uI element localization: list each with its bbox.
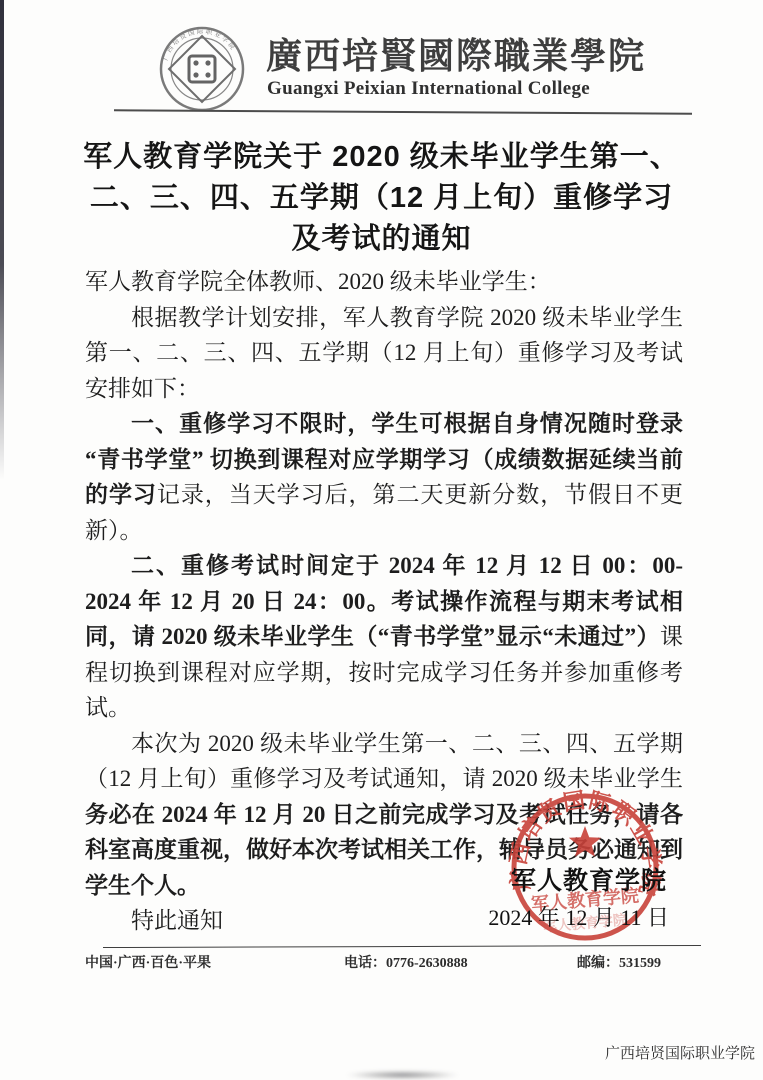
footer-postal: 邮编：531599 <box>577 952 661 972</box>
title-line-2: 二、三、四、五学期（12 月上旬）重修学习 <box>60 178 703 219</box>
corner-watermark: 广西培贤国际职业学院 <box>605 1042 755 1063</box>
scan-smudge <box>345 1071 460 1079</box>
paragraph-intro: 根据教学计划安排，军人教育学院 2020 级未毕业学生第一、二、三、四、五学期（… <box>85 300 683 407</box>
seal-star-icon <box>569 826 601 857</box>
footer-phone: 电话：0776-2630888 <box>344 952 468 972</box>
footer-address: 中国·广西·百色·平果 <box>85 952 211 972</box>
college-logo-icon: 广西培贤国际职业学院 <box>155 24 249 114</box>
scan-edge-shadow <box>0 0 4 480</box>
salutation: 军人教育学院全体教师、2020 级未毕业学生： <box>85 264 683 300</box>
item1-rest-text: 记录，当天学习后，第二天更新分数，节假日不更新）。 <box>85 482 683 543</box>
paragraph-item2: 二、重修考试时间定于 2024 年 12 月 12 日 00：00-2024 年… <box>85 548 683 726</box>
item2-bold-text: 二、重修考试时间定于 2024 年 12 月 12 日 00：00-2024 年… <box>85 553 683 649</box>
paragraph-item1: 一、重修学习不限时，学生可根据自身情况随时登录 “青书学堂” 切换到课程对应学期… <box>85 406 683 548</box>
college-name-zh: 廣西培賢國際職業學院 <box>266 28 646 79</box>
notice-title: 军人教育学院关于 2020 级未毕业学生第一、 二、三、四、五学期（12 月上旬… <box>60 137 703 260</box>
logo-diamond <box>169 36 235 102</box>
title-line-1: 军人教育学院关于 2020 级未毕业学生第一、 <box>60 137 703 178</box>
scanned-notice-page: 广西培贤国际职业学院 廣西培賢國際職業學院 Guangxi Peixian In… <box>0 0 763 1080</box>
signature-name: 军人教育学院 <box>511 861 667 897</box>
signature-date: 2024 年 12 月 11 日 <box>488 901 669 932</box>
college-name-en: Guangxi Peixian International College <box>267 78 590 100</box>
logo-square <box>189 56 215 82</box>
title-line-3: 及考试的通知 <box>60 219 703 260</box>
